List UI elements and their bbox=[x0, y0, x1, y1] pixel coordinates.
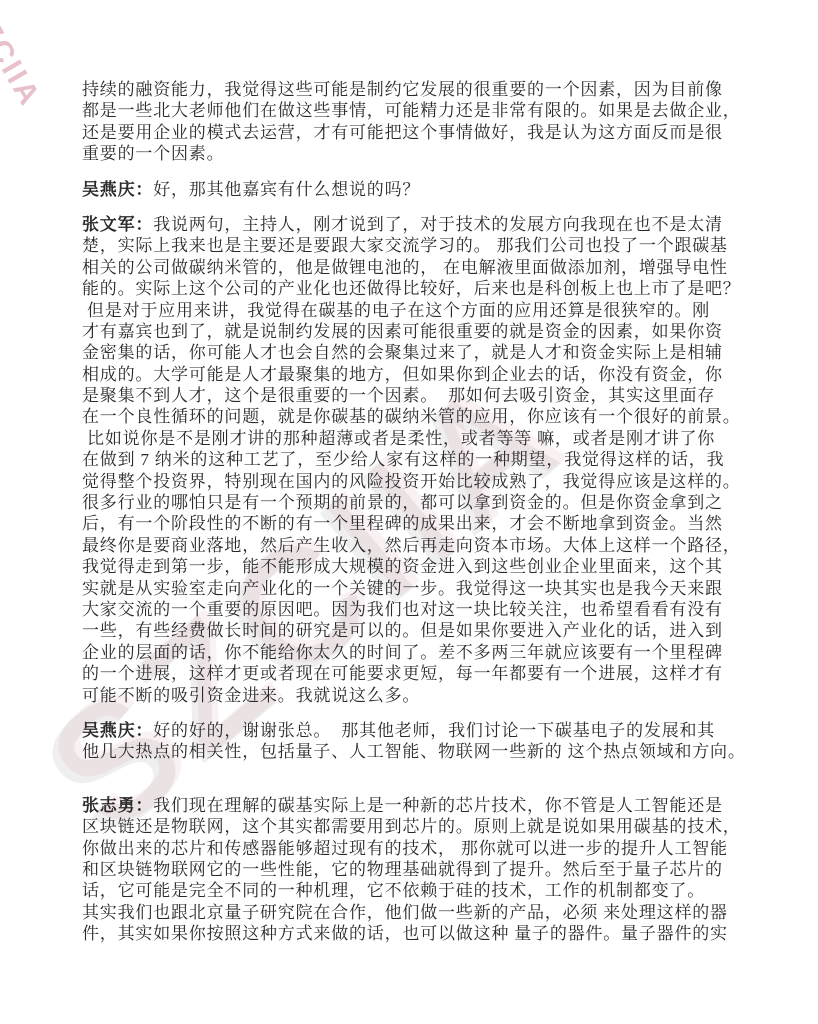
speaker-name: 吴燕庆： bbox=[82, 180, 153, 199]
transcript-line: 还是要用企业的模式去运营，才有可能把这个事情做好，我是认为这方面反而是很 bbox=[82, 122, 742, 143]
transcript-line: 是聚集不到人才，这个是很重要的一个因素。 那如何去吸引资金，其实这里面存 bbox=[82, 385, 742, 406]
transcript-line: 重要的一个因素。 bbox=[82, 143, 742, 164]
transcript-line: 吴燕庆：好的好的，谢谢张总。 那其他老师，我们讨论一下碳基电子的发展和其 bbox=[82, 720, 742, 741]
transcript-line: 但是对于应用来讲，我觉得在碳基的电子在这个方面的应用还算是很狭窄的。刚 bbox=[82, 300, 742, 321]
transcript-line: 可能不断的吸引资金进来。我就说这么多。 bbox=[82, 685, 742, 706]
transcript-line: 楚，实际上我来也是主要还是要跟大家交流学习的。 那我们公司也投了一个跟碳基 bbox=[82, 235, 742, 256]
transcript-line: 话，它可能是完全不同的一种机理，它不依赖于硅的技术，工作的机制都变了。 bbox=[82, 880, 742, 901]
transcript-line: 都是一些北大老师他们在做这些事情，可能精力还是非常有限的。如果是去做企业， bbox=[82, 100, 742, 121]
transcript-line: 一些，有些经费做长时间的研究是可以的。但是如果你要进入产业化的话，进入到 bbox=[82, 620, 742, 641]
paragraph: 持续的融资能力，我觉得这些可能是制约它发展的很重要的一个因素，因为目前像都是一些… bbox=[82, 79, 742, 165]
transcript-line: 后，有一个阶段性的不断的有一个里程碑的成果出来，才会不断地拿到资金。当然 bbox=[82, 513, 742, 534]
transcript-line: 能的。实际上这个公司的产业化也还做得比较好，后来也是科创板上也上市了是吧？ bbox=[82, 278, 742, 299]
transcript-line: 张志勇：我们现在理解的碳基实际上是一种新的芯片技术，你不管是人工智能还是 bbox=[82, 795, 742, 816]
paragraph: 张文军：我说两句，主持人，刚才说到了，对于技术的发展方向我现在也不是太清楚，实际… bbox=[82, 214, 742, 706]
transcript-line: 最终你是要商业落地，然后产生收入，然后再走向资本市场。大体上这样一个路径， bbox=[82, 535, 742, 556]
paragraph: 吴燕庆：好，那其他嘉宾有什么想说的吗？ bbox=[82, 179, 742, 200]
speaker-name: 张文军： bbox=[82, 215, 153, 234]
transcript-line: 持续的融资能力，我觉得这些可能是制约它发展的很重要的一个因素，因为目前像 bbox=[82, 79, 742, 100]
transcript-line: 在一个良性循环的问题，就是你碳基的碳纳米管的应用，你应该有一个很好的前景。 bbox=[82, 406, 742, 427]
document-page: SZCIIA SZCIIA SZCIIA 持续的融资能力，我觉得这些可能是制约它… bbox=[0, 0, 818, 1024]
transcript-line: 和区块链物联网它的一些性能，它的物理基础就得到了提升。然后至于量子芯片的 bbox=[82, 859, 742, 880]
transcript-line: 大家交流的一个重要的原因吧。因为我们也对这一块比较关注，也希望看看有没有 bbox=[82, 599, 742, 620]
transcript-line: 区块链还是物联网，这个其实都需要用到芯片的。原则上就是说如果用碳基的技术， bbox=[82, 816, 742, 837]
transcript-line: 我觉得走到第一步，能不能形成大规模的资金进入到这些创业企业里面来，这个其 bbox=[82, 556, 742, 577]
transcript-line: 在做到 7 纳米的这种工艺了，至少给人家有这样的一种期望，我觉得这样的话，我 bbox=[82, 449, 742, 470]
transcript-line: 企业的层面的话，你不能给你太久的时间了。差不多两三年就应该要有一个里程碑 bbox=[82, 642, 742, 663]
paragraph: 吴燕庆：好的好的，谢谢张总。 那其他老师，我们讨论一下碳基电子的发展和其他几大热… bbox=[82, 720, 742, 763]
transcript-line: 的一个进展，这样才更或者现在可能要求更短，每一年都要有一个进展，这样才有 bbox=[82, 663, 742, 684]
transcript-line: 实就是从实验室走向产业化的一个关键的一步。我觉得这一块其实也是我今天来跟 bbox=[82, 578, 742, 599]
transcript-line: 你做出来的芯片和传感器能够超过现有的技术， 那你就可以进一步的提升人工智能 bbox=[82, 838, 742, 859]
transcript-line: 吴燕庆：好，那其他嘉宾有什么想说的吗？ bbox=[82, 179, 742, 200]
transcript: 持续的融资能力，我觉得这些可能是制约它发展的很重要的一个因素，因为目前像都是一些… bbox=[82, 79, 742, 958]
speaker-name: 吴燕庆： bbox=[82, 721, 153, 740]
watermark-corner: SZCIIA bbox=[0, 0, 46, 113]
transcript-line: 觉得整个投资界，特别现在国内的风险投资开始比较成熟了，我觉得应该是这样的。 bbox=[82, 471, 742, 492]
transcript-line: 他几大热点的相关性，包括量子、人工智能、物联网一些新的 这个热点领域和方向。 bbox=[82, 741, 742, 762]
paragraph: 张志勇：我们现在理解的碳基实际上是一种新的芯片技术，你不管是人工智能还是区块链还… bbox=[82, 795, 742, 945]
transcript-line: 金密集的话，你可能人才也会自然的会聚集过来了，就是人才和资金实际上是相辅 bbox=[82, 342, 742, 363]
transcript-line: 比如说你是不是刚才讲的那种超薄或者是柔性，或者等等 嘛，或者是刚才讲了你 bbox=[82, 428, 742, 449]
transcript-line: 相成的。大学可能是人才最聚集的地方，但如果你到企业去的话，你没有资金，你 bbox=[82, 364, 742, 385]
transcript-line: 张文军：我说两句，主持人，刚才说到了，对于技术的发展方向我现在也不是太清 bbox=[82, 214, 742, 235]
transcript-line: 才有嘉宾也到了，就是说制约发展的因素可能很重要的就是资金的因素，如果你资 bbox=[82, 321, 742, 342]
transcript-line: 件，其实如果你按照这种方式来做的话，也可以做这种 量子的器件。量子器件的实 bbox=[82, 923, 742, 944]
transcript-line: 很多行业的哪怕只是有一个预期的前景的，都可以拿到资金的。但是你资金拿到之 bbox=[82, 492, 742, 513]
transcript-line: 其实我们也跟北京量子研究院在合作，他们做一些新的产品，必须 来处理这样的器 bbox=[82, 902, 742, 923]
speaker-name: 张志勇： bbox=[82, 796, 153, 815]
transcript-line: 相关的公司做碳纳米管的，他是做锂电池的， 在电解液里面做添加剂，增强导电性 bbox=[82, 257, 742, 278]
